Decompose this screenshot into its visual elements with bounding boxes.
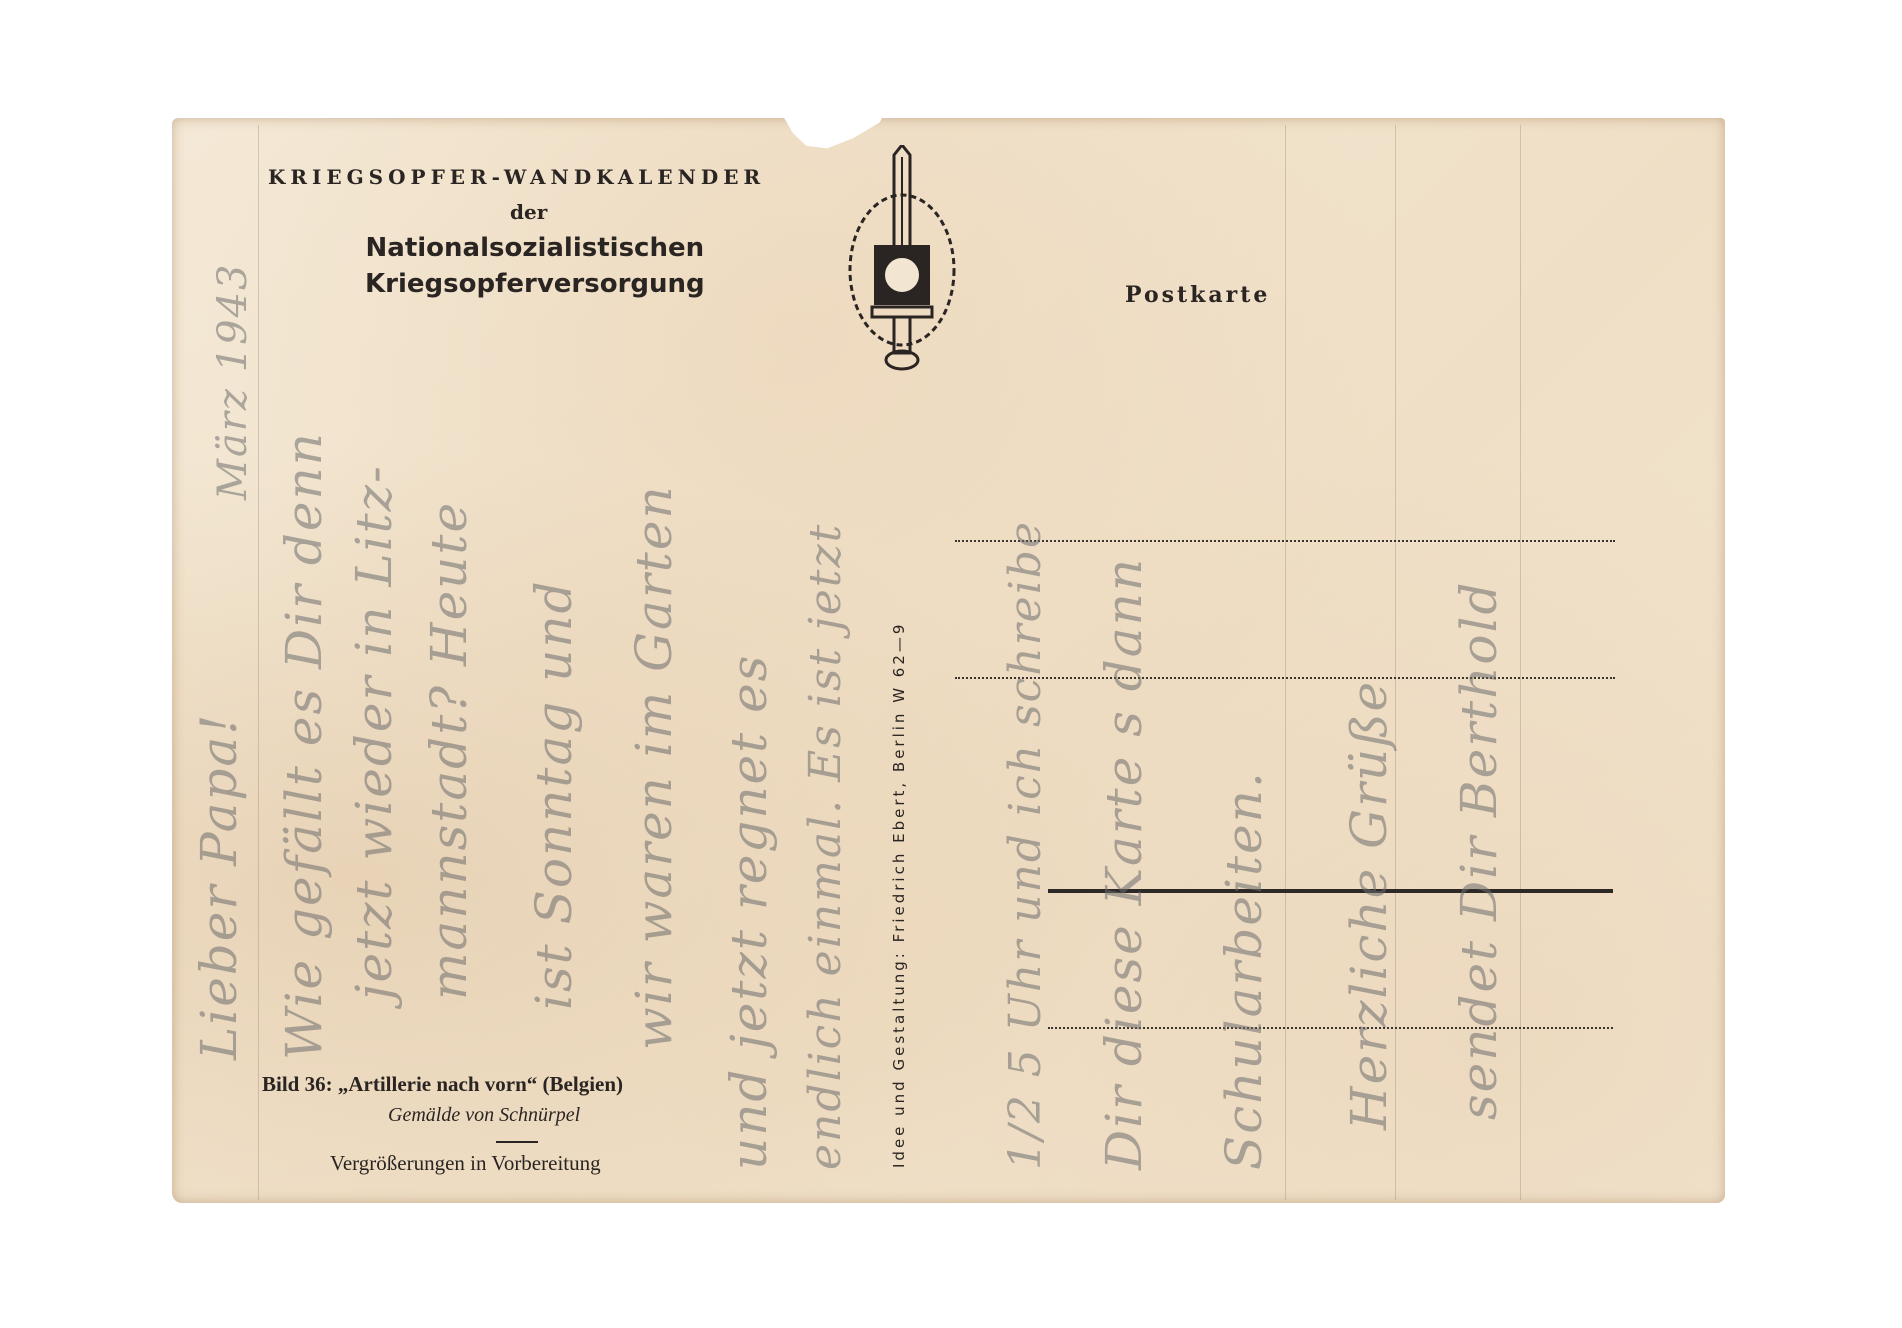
handwritten-line: ist Sonntag und [525, 579, 583, 1010]
handwritten-line: sendet Dir Berthold [1450, 580, 1508, 1120]
pencil-rule [258, 125, 259, 1200]
address-line-2 [955, 677, 1615, 679]
organization-name: Nationalsozialistischen Kriegsopferverso… [365, 230, 705, 302]
pencil-rule [1285, 125, 1286, 1200]
pencil-rule [1520, 125, 1521, 1200]
painter-credit: Gemälde von Schnürpel [388, 1104, 580, 1127]
calendar-title: KRIEGSOPFER-WANDKALENDER [268, 165, 765, 189]
handwritten-line: Dir diese Karte s dann [1095, 557, 1153, 1170]
handwritten-line: Herzliche Grüße [1340, 680, 1398, 1130]
publisher-imprint: Idee und Gestaltung: Friedrich Ebert, Be… [890, 622, 908, 1168]
caption-divider [496, 1141, 538, 1143]
org-line-2: Kriegsopferversorgung [365, 266, 705, 302]
handwritten-line: Wie gefällt es Dir denn [275, 431, 333, 1060]
handwritten-date: März 1943 [210, 262, 256, 500]
picture-caption: Bild 36: „Artillerie nach vorn“ (Belgien… [262, 1072, 623, 1097]
address-line-1 [955, 540, 1615, 542]
handwritten-line: wir waren im Garten [625, 484, 683, 1050]
emblem-icon [842, 145, 962, 375]
handwritten-line: jetzt wieder in Litz- [345, 464, 403, 1000]
handwritten-line: Schularbeiten. [1215, 770, 1273, 1170]
handwritten-line: und jetzt regnet es [720, 654, 778, 1170]
handwritten-line: Lieber Papa! [190, 713, 248, 1060]
handwritten-line: 1/2 5 Uhr und ich schreibe [1000, 520, 1051, 1170]
postcard-label: Postkarte [1125, 282, 1270, 308]
org-line-1: Nationalsozialistischen [365, 230, 705, 266]
enlargement-note: Vergrößerungen in Vorbereitung [330, 1151, 601, 1176]
handwritten-line: endlich einmal. Es ist jetzt [800, 523, 851, 1170]
handwritten-line: mannstadt? Heute [420, 501, 478, 1000]
header-der: der [510, 200, 547, 224]
